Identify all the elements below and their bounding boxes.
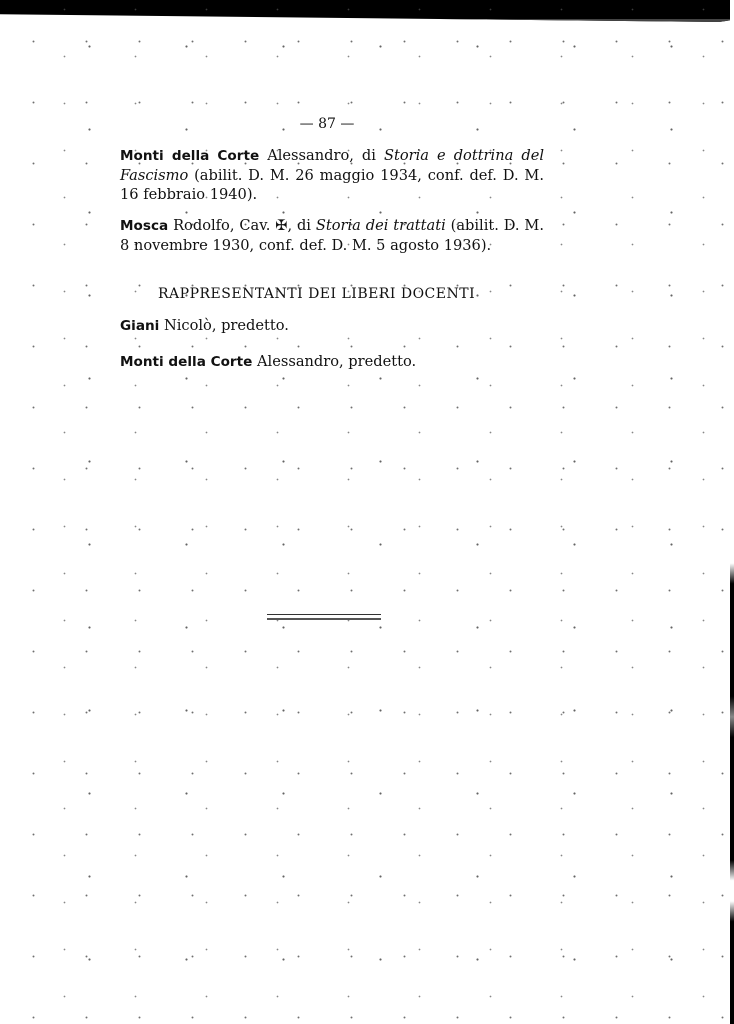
representative-name: Monti della Corte <box>120 354 252 370</box>
entry-mosca: Mosca Rodolfo, Cav. ✠, di Storia dei tra… <box>120 216 544 255</box>
representative-rest: Nicolò, predetto. <box>159 317 289 334</box>
scan-top-edge <box>0 0 734 22</box>
entry-name: Monti della Corte <box>120 148 259 164</box>
section-heading: RAPPRESENTANTI DEI LIBERI DOCENTI <box>158 286 475 302</box>
entry-first-name: Rodolfo, Cav. ✠, di <box>168 217 316 234</box>
entry-subject: Storia dei trattati <box>316 217 446 234</box>
entry-monti-della-corte: Monti della Corte Alessandro, di Storia … <box>120 146 544 204</box>
scan-right-edge <box>730 0 734 1024</box>
end-rule <box>267 614 381 620</box>
entry-name: Mosca <box>120 218 168 234</box>
page-number: — 87 — <box>0 116 654 132</box>
representative-giani: Giani Nicolò, predetto. <box>120 316 544 336</box>
representative-rest: Alessandro, predetto. <box>252 353 416 370</box>
representative-name: Giani <box>120 318 159 334</box>
entry-first-name: Alessandro, di <box>259 147 384 164</box>
representative-monti-della-corte: Monti della Corte Alessandro, predetto. <box>120 352 544 372</box>
